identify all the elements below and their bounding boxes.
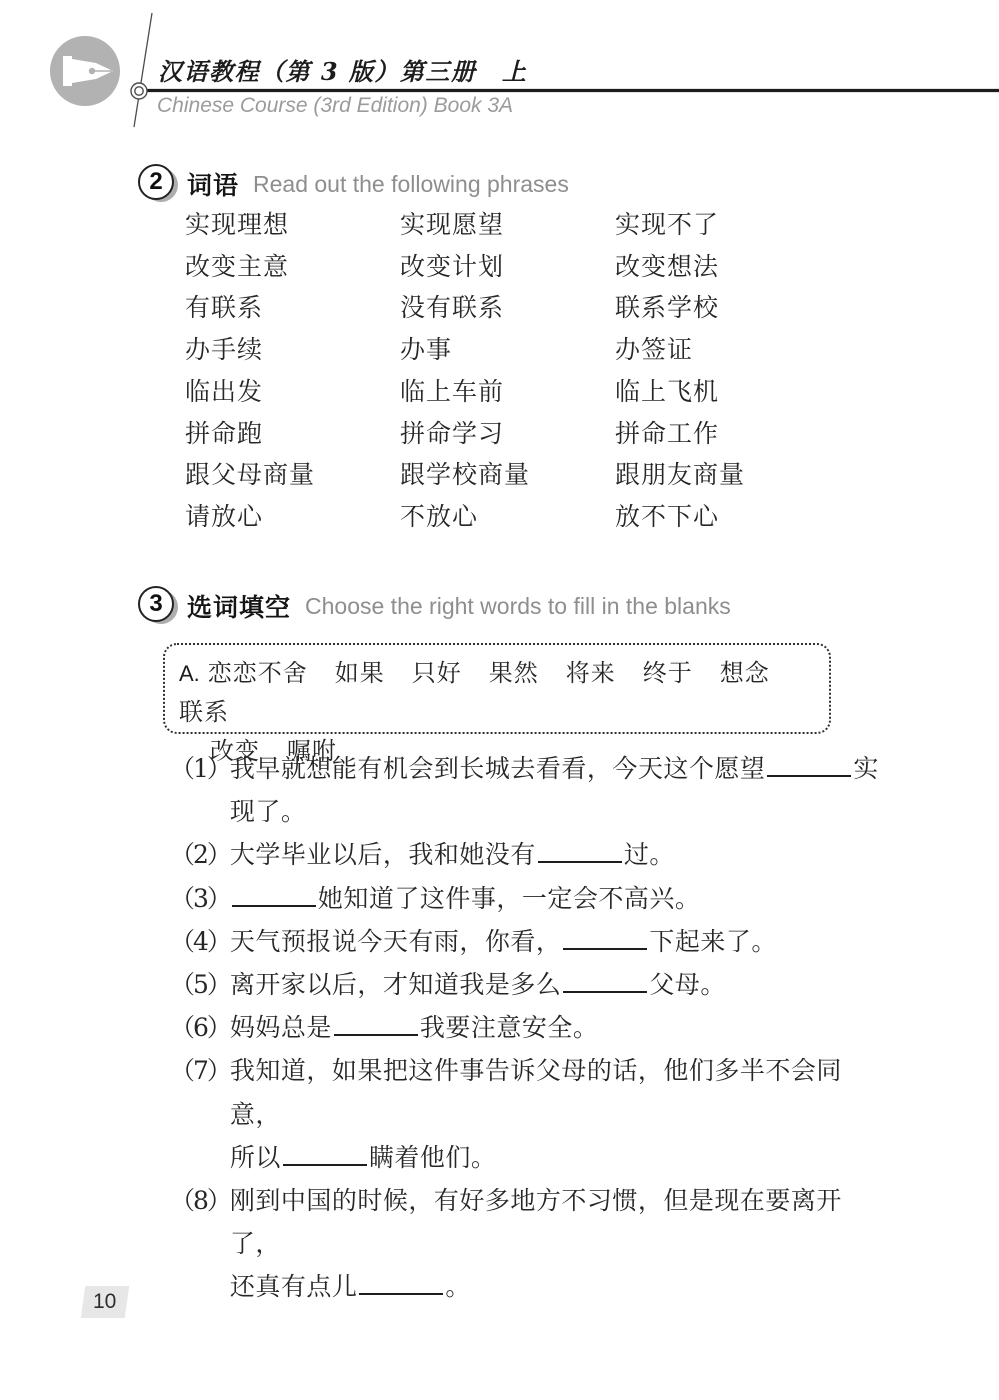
sentence-text: 离开家以后，才知道我是多么 — [230, 970, 562, 999]
sentence-text: 。 — [445, 1272, 471, 1301]
textbook-page: 汉语教程（第 3 版）第三册 上 Chinese Course (3rd Edi… — [0, 0, 999, 1400]
sentence-text: 我要注意安全。 — [420, 1013, 599, 1042]
phrase-item: 改变计划 — [400, 246, 615, 288]
word-bank-word: 只好 — [412, 659, 462, 687]
ring-icon — [131, 83, 147, 99]
sentence-item: （6）妈妈总是我要注意安全。 — [170, 1006, 890, 1049]
sentence-text: 我知道，如果把这件事告诉父母的话，他们多半不会同意， — [230, 1056, 842, 1128]
sentence-item: （3）她知道了这件事，一定会不高兴。 — [170, 877, 890, 920]
sentence-content: 离开家以后，才知道我是多么父母。 — [230, 963, 890, 1006]
section-3-title-chinese: 选词填空 — [187, 588, 291, 624]
page-number-box: 10 — [81, 1286, 129, 1318]
sentence-line: 现了。 — [230, 790, 890, 833]
section-2-header: 2 词语 Read out the following phrases — [138, 164, 569, 204]
sentence-content: 我早就想能有机会到长城去看看，今天这个愿望实现了。 — [230, 747, 890, 833]
sentence-line: 天气预报说今天有雨，你看，下起来了。 — [230, 920, 890, 963]
phrase-item: 办手续 — [185, 329, 400, 371]
fill-in-blank-line — [359, 1272, 443, 1295]
sentence-line: 所以瞒着他们。 — [230, 1136, 890, 1179]
phrase-item: 拼命工作 — [615, 413, 865, 455]
sentence-number: （6） — [170, 1006, 230, 1049]
sentence-text: 父母。 — [649, 970, 726, 999]
sentence-line: 离开家以后，才知道我是多么父母。 — [230, 963, 890, 1006]
sentence-line: 还真有点儿。 — [230, 1265, 890, 1308]
fill-in-blank-line — [232, 884, 316, 907]
fill-in-blank-line — [538, 840, 622, 863]
phrase-item: 没有联系 — [400, 287, 615, 329]
sentence-text: 瞒着他们。 — [369, 1143, 497, 1172]
section-2-title-chinese: 词语 — [187, 166, 239, 202]
section-2-number: 2 — [138, 164, 174, 200]
section-3-header: 3 选词填空 Choose the right words to fill in… — [138, 586, 731, 626]
sentence-text: 我早就想能有机会到长城去看看，今天这个愿望 — [230, 754, 766, 783]
sentence-line: 妈妈总是我要注意安全。 — [230, 1006, 890, 1049]
word-bank-word: 将来 — [566, 659, 616, 687]
sentence-number: （2） — [170, 833, 230, 876]
word-bank-word: 果然 — [489, 659, 539, 687]
sentence-number: （7） — [170, 1049, 230, 1092]
sentence-line: 大学毕业以后，我和她没有过。 — [230, 833, 890, 876]
phrase-item: 实现理想 — [185, 204, 400, 246]
sentence-line: 她知道了这件事，一定会不高兴。 — [230, 877, 890, 920]
phrase-item: 跟学校商量 — [400, 454, 615, 496]
phrase-item: 拼命跑 — [185, 413, 400, 455]
sentence-text: 刚到中国的时候，有好多地方不习惯，但是现在要离开了， — [230, 1186, 842, 1258]
slanted-divider-line — [134, 13, 152, 127]
book-title-english: Chinese Course (3rd Edition) Book 3A — [157, 94, 513, 118]
fill-in-blank-line — [283, 1143, 367, 1166]
page-number: 10 — [93, 1290, 116, 1314]
word-bank-label: A. — [179, 661, 200, 686]
section-2-number-badge: 2 — [138, 164, 180, 204]
sentence-text: 妈妈总是 — [230, 1013, 332, 1042]
sentence-line: 刚到中国的时候，有好多地方不习惯，但是现在要离开了， — [230, 1179, 890, 1265]
sentence-number: （4） — [170, 920, 230, 963]
sentence-number: （8） — [170, 1179, 230, 1222]
word-bank-word: 恋恋不舍 — [208, 659, 308, 687]
fill-in-blank-line — [767, 754, 851, 777]
phrase-item: 临上车前 — [400, 371, 615, 413]
phrase-item: 不放心 — [400, 496, 615, 538]
phrase-item: 实现不了 — [615, 204, 865, 246]
sentence-text: 她知道了这件事，一定会不高兴。 — [318, 884, 701, 913]
sentence-text: 所以 — [230, 1143, 281, 1172]
sentence-text: 下起来了。 — [649, 927, 777, 956]
fill-in-blank-line — [563, 970, 647, 993]
sentence-item: （4）天气预报说今天有雨，你看，下起来了。 — [170, 920, 890, 963]
section-3-number-badge: 3 — [138, 586, 180, 626]
phrase-item: 改变想法 — [615, 246, 865, 288]
fill-in-blank-sentences: （1）我早就想能有机会到长城去看看，今天这个愿望实现了。（2）大学毕业以后，我和… — [170, 747, 890, 1309]
sentence-item: （1）我早就想能有机会到长城去看看，今天这个愿望实现了。 — [170, 747, 890, 833]
sentence-item: （7）我知道，如果把这件事告诉父母的话，他们多半不会同意，所以瞒着他们。 — [170, 1049, 890, 1179]
sentence-item: （2）大学毕业以后，我和她没有过。 — [170, 833, 890, 876]
sentence-line: 我早就想能有机会到长城去看看，今天这个愿望实 — [230, 747, 890, 790]
sentence-text: 过。 — [624, 840, 675, 869]
sentence-text: 天气预报说今天有雨，你看， — [230, 927, 562, 956]
phrase-item: 临出发 — [185, 371, 400, 413]
sentence-content: 刚到中国的时候，有好多地方不习惯，但是现在要离开了，还真有点儿。 — [230, 1179, 890, 1309]
sentence-content: 她知道了这件事，一定会不高兴。 — [230, 877, 890, 920]
sentence-number: （5） — [170, 963, 230, 1006]
phrase-item: 联系学校 — [615, 287, 865, 329]
sentence-content: 妈妈总是我要注意安全。 — [230, 1006, 890, 1049]
section-3-title-english: Choose the right words to fill in the bl… — [305, 593, 731, 620]
sentence-text: 现了。 — [230, 797, 307, 826]
phrase-item: 拼命学习 — [400, 413, 615, 455]
sentence-number: （1） — [170, 747, 230, 790]
book-title-chinese: 汉语教程（第 3 版）第三册 上 — [158, 52, 527, 87]
phrase-item: 请放心 — [185, 496, 400, 538]
fill-in-blank-line — [334, 1013, 418, 1036]
sentence-item: （5）离开家以后，才知道我是多么父母。 — [170, 963, 890, 1006]
sentence-content: 天气预报说今天有雨，你看，下起来了。 — [230, 920, 890, 963]
word-bank-line-1: A.恋恋不舍如果只好果然将来终于想念联系 — [179, 654, 817, 732]
sentence-number: （3） — [170, 877, 230, 920]
phrase-item: 跟父母商量 — [185, 454, 400, 496]
section-3-number: 3 — [138, 586, 174, 622]
sentence-text: 实 — [853, 754, 879, 783]
phrase-item: 改变主意 — [185, 246, 400, 288]
phrase-item: 办签证 — [615, 329, 865, 371]
sentence-text: 还真有点儿 — [230, 1272, 358, 1301]
word-bank-word: 联系 — [179, 698, 229, 726]
sentence-content: 大学毕业以后，我和她没有过。 — [230, 833, 890, 876]
word-bank-word: 如果 — [335, 659, 385, 687]
sentence-content: 我知道，如果把这件事告诉父母的话，他们多半不会同意，所以瞒着他们。 — [230, 1049, 890, 1179]
section-2-title-english: Read out the following phrases — [253, 171, 569, 198]
word-bank-word: 终于 — [643, 659, 693, 687]
sentence-item: （8）刚到中国的时候，有好多地方不习惯，但是现在要离开了，还真有点儿。 — [170, 1179, 890, 1309]
word-bank-box: A.恋恋不舍如果只好果然将来终于想念联系 改变嘱咐 — [163, 643, 831, 734]
phrase-item: 临上飞机 — [615, 371, 865, 413]
phrase-item: 实现愿望 — [400, 204, 615, 246]
phrase-item: 有联系 — [185, 287, 400, 329]
phrase-item: 跟朋友商量 — [615, 454, 865, 496]
phrase-item: 办事 — [400, 329, 615, 371]
phrase-item: 放不下心 — [615, 496, 865, 538]
sentence-text: 大学毕业以后，我和她没有 — [230, 840, 536, 869]
phrase-grid: 实现理想实现愿望实现不了改变主意改变计划改变想法有联系没有联系联系学校办手续办事… — [185, 204, 865, 538]
word-bank-word: 想念 — [720, 659, 770, 687]
sentence-line: 我知道，如果把这件事告诉父母的话，他们多半不会同意， — [230, 1049, 890, 1135]
fill-in-blank-line — [563, 927, 647, 950]
pen-nib-icon — [50, 36, 120, 106]
